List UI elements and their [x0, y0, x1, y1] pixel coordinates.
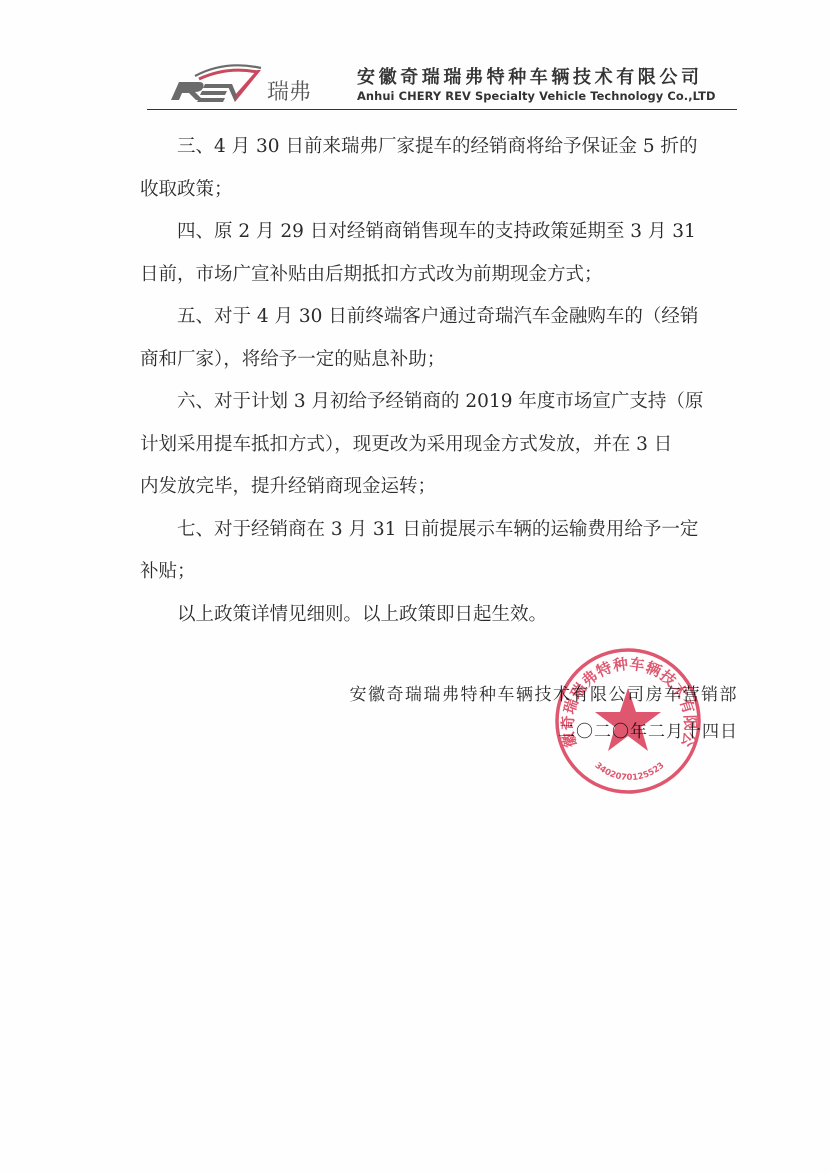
text-line: 日前，市场广宣补贴由后期抵扣方式改为前期现金方式；: [140, 254, 720, 297]
conclusion-text: 以上政策详情见细则。以上政策即日起生效。: [140, 594, 720, 637]
company-name-en: Anhui CHERY REV Specialty Vehicle Techno…: [357, 89, 716, 103]
document-body: 三、4 月 30 日前来瑞弗厂家提车的经销商将给予保证金 5 折的 收取政策； …: [140, 126, 720, 636]
policy-item-3: 三、4 月 30 日前来瑞弗厂家提车的经销商将给予保证金 5 折的 收取政策；: [140, 126, 720, 211]
rev-logo-icon: [165, 62, 265, 106]
text-line: 三、4 月 30 日前来瑞弗厂家提车的经销商将给予保证金 5 折的: [140, 126, 720, 169]
svg-text:3402070125523: 3402070125523: [593, 761, 667, 783]
text-line: 补贴；: [140, 551, 720, 594]
text-line: 六、对于计划 3 月初给予经销商的 2019 年度市场宣广支持（原: [140, 381, 720, 424]
seal-number: 3402070125523: [593, 761, 667, 783]
policy-item-4: 四、原 2 月 29 日对经销商销售现车的支持政策延期至 3 月 31 日前，市…: [140, 211, 720, 296]
logo-chinese-text: 瑞弗: [267, 75, 311, 106]
policy-item-6: 六、对于计划 3 月初给予经销商的 2019 年度市场宣广支持（原 计划采用提车…: [140, 381, 720, 509]
text-line: 内发放完毕，提升经销商现金运转；: [140, 466, 720, 509]
text-line: 收取政策；: [140, 169, 720, 212]
text-line: 四、原 2 月 29 日对经销商销售现车的支持政策延期至 3 月 31: [140, 211, 720, 254]
policy-item-7: 七、对于经销商在 3 月 31 日前提展示车辆的运输费用给予一定 补贴；: [140, 509, 720, 594]
text-line: 计划采用提车抵扣方式），现更改为采用现金方式发放，并在 3 日: [140, 424, 720, 467]
document-page: 瑞弗 安徽奇瑞瑞弗特种车辆技术有限公司 Anhui CHERY REV Spec…: [0, 0, 830, 1173]
policy-item-5: 五、对于 4 月 30 日前终端客户通过奇瑞汽车金融购车的（经销 商和厂家），将…: [140, 296, 720, 381]
company-name-cn: 安徽奇瑞瑞弗特种车辆技术有限公司: [357, 63, 703, 89]
rev-logo: 瑞弗: [165, 62, 345, 106]
text-line: 五、对于 4 月 30 日前终端客户通过奇瑞汽车金融购车的（经销: [140, 296, 720, 339]
text-line: 商和厂家），将给予一定的贴息补助；: [140, 339, 720, 382]
header-divider: [147, 109, 737, 110]
conclusion: 以上政策详情见细则。以上政策即日起生效。: [140, 594, 720, 637]
text-line: 七、对于经销商在 3 月 31 日前提展示车辆的运输费用给予一定: [140, 509, 720, 552]
letterhead: 瑞弗 安徽奇瑞瑞弗特种车辆技术有限公司 Anhui CHERY REV Spec…: [147, 58, 737, 110]
company-seal-icon: 安徽奇瑞瑞弗特种车辆技术有限公司 3402070125523: [553, 646, 703, 796]
